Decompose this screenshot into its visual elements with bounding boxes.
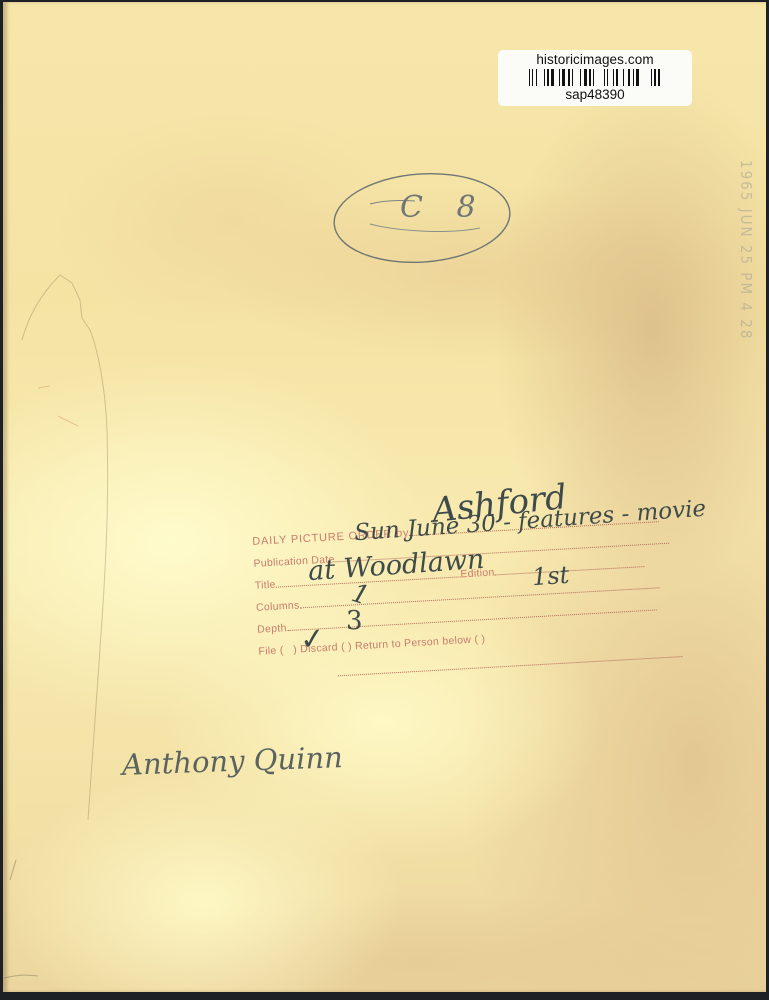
pencil-oval-note: C 8 bbox=[330, 168, 516, 268]
barcode bbox=[529, 69, 661, 86]
label-code: sap48390 bbox=[498, 87, 692, 102]
title-label: Title bbox=[254, 579, 276, 592]
columns-label: Columns bbox=[256, 599, 300, 613]
oval-note-text: C 8 bbox=[400, 190, 488, 225]
barcode-label: historicimages.com sap48390 bbox=[498, 50, 692, 106]
check-mark-icon: ✓ bbox=[298, 621, 327, 658]
date-received-stamp: 1965 JUN 25 PM 4 28 bbox=[735, 160, 755, 390]
file-option[interactable]: File ( ) bbox=[258, 644, 297, 658]
return-option[interactable]: Return to Person below ( ) bbox=[355, 633, 486, 652]
depth-label: Depth bbox=[257, 622, 287, 636]
label-site: historicimages.com bbox=[498, 52, 692, 67]
disposition-row: File ( ) Discard ( ) Return to Person be… bbox=[258, 633, 485, 658]
handwritten-depth: 3 bbox=[346, 606, 363, 636]
handwritten-edition: 1st bbox=[531, 561, 570, 592]
